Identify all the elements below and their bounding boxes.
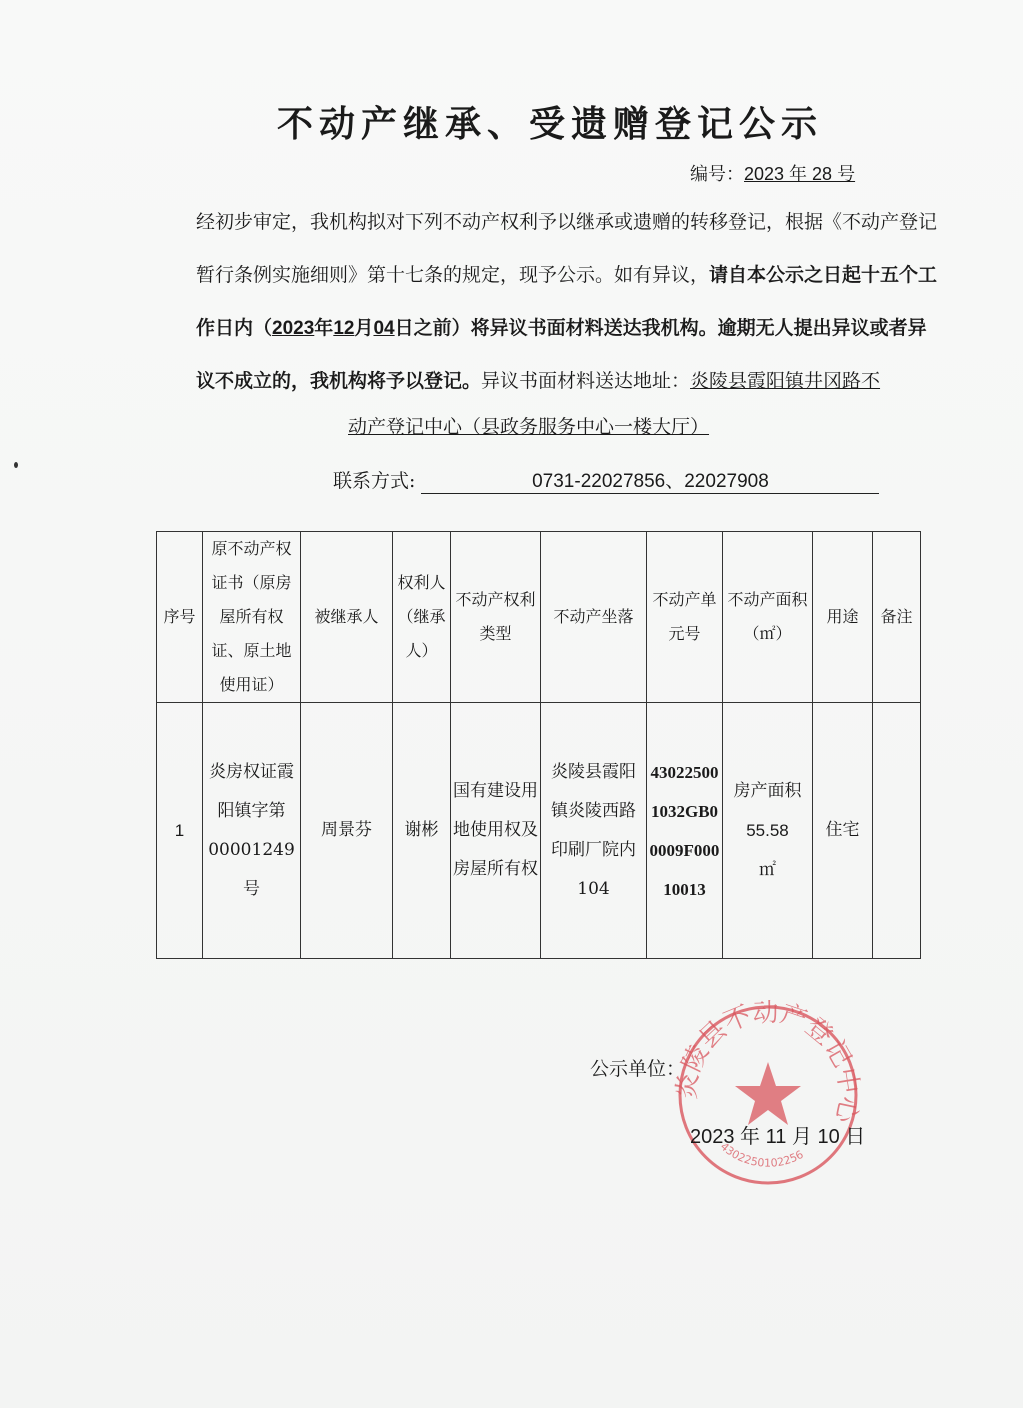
header-right-type: 不动产权利类型 bbox=[451, 532, 541, 703]
header-location: 不动产坐落 bbox=[541, 532, 647, 703]
cell-heir: 谢彬 bbox=[393, 703, 451, 959]
address-label: 异议书面材料送达地址： bbox=[481, 370, 690, 392]
document-number-value: 2023 年 28 号 bbox=[744, 164, 865, 184]
document-number-label: 编号： bbox=[690, 164, 744, 184]
registration-table: 序号 原不动产权证书（原房屋所有权证、原土地使用证） 被继承人 权利人（继承人）… bbox=[156, 531, 921, 959]
header-area: 不动产面积（㎡） bbox=[723, 532, 813, 703]
issue-date: 2023 年 11 月 10 日 bbox=[690, 1120, 865, 1149]
cell-remark bbox=[873, 703, 921, 959]
deadline-month: 12 bbox=[333, 318, 354, 339]
cell-unit-number: 430225001032GB00009F00010013 bbox=[647, 703, 723, 959]
cell-area: 房产面积 55.58 ㎡ bbox=[723, 703, 813, 959]
cell-index: 1 bbox=[157, 703, 203, 959]
header-heir: 权利人（继承人） bbox=[393, 532, 451, 703]
address-line-1: 炎陵县霞阳镇井冈路不 bbox=[690, 370, 880, 392]
deadline-day: 04 bbox=[373, 318, 394, 339]
notice-paragraph: 经初步审定，我机构拟对下列不动产权利予以继承或遗赠的转移登记，根据《不动产登记暂… bbox=[150, 196, 940, 408]
header-certificate: 原不动产权证书（原房屋所有权证、原土地使用证） bbox=[203, 532, 301, 703]
header-remark: 备注 bbox=[873, 532, 921, 703]
contact-label: 联系方式: bbox=[333, 470, 415, 492]
issuer-label: 公示单位： bbox=[590, 1054, 685, 1081]
official-seal-icon: 炎陵县不动产登记中心 4302250102256 bbox=[668, 1000, 868, 1190]
deadline-year: 2023 bbox=[272, 318, 314, 339]
area-unit: ㎡ bbox=[725, 850, 810, 889]
contact-info: 联系方式: 0731-22027856、22027908 bbox=[333, 466, 879, 494]
cell-usage: 住宅 bbox=[813, 703, 873, 959]
header-unit-number: 不动产单元号 bbox=[647, 532, 723, 703]
area-value: 55.58 bbox=[725, 811, 810, 850]
header-usage: 用途 bbox=[813, 532, 873, 703]
contact-phone: 0731-22027856、22027908 bbox=[421, 466, 879, 494]
cell-certificate: 炎房权证霞阳镇字第00001249号 bbox=[203, 703, 301, 959]
area-label: 房产面积 bbox=[725, 772, 810, 811]
table-header-row: 序号 原不动产权证书（原房屋所有权证、原土地使用证） 被继承人 权利人（继承人）… bbox=[157, 532, 921, 703]
document-page: 不动产继承、受遗赠登记公示 编号：2023 年 28 号 经初步审定，我机构拟对… bbox=[0, 0, 1023, 1408]
header-decedent: 被继承人 bbox=[301, 532, 393, 703]
cell-right-type: 国有建设用地使用权及房屋所有权 bbox=[451, 703, 541, 959]
cell-location: 炎陵县霞阳镇炎陵西路印刷厂院内104 bbox=[541, 703, 647, 959]
header-index: 序号 bbox=[157, 532, 203, 703]
table-row: 1 炎房权证霞阳镇字第00001249号 周景芬 谢彬 国有建设用地使用权及房屋… bbox=[157, 703, 921, 959]
cell-decedent: 周景芬 bbox=[301, 703, 393, 959]
svg-text:炎陵县不动产登记中心: 炎陵县不动产登记中心 bbox=[672, 1000, 864, 1126]
document-number: 编号：2023 年 28 号 bbox=[690, 160, 865, 186]
address-line-2: 动产登记中心（县政务服务中心一楼大厅） bbox=[348, 412, 733, 439]
scan-speck bbox=[14, 462, 18, 468]
document-title: 不动产继承、受遗赠登记公示 bbox=[0, 96, 1023, 147]
